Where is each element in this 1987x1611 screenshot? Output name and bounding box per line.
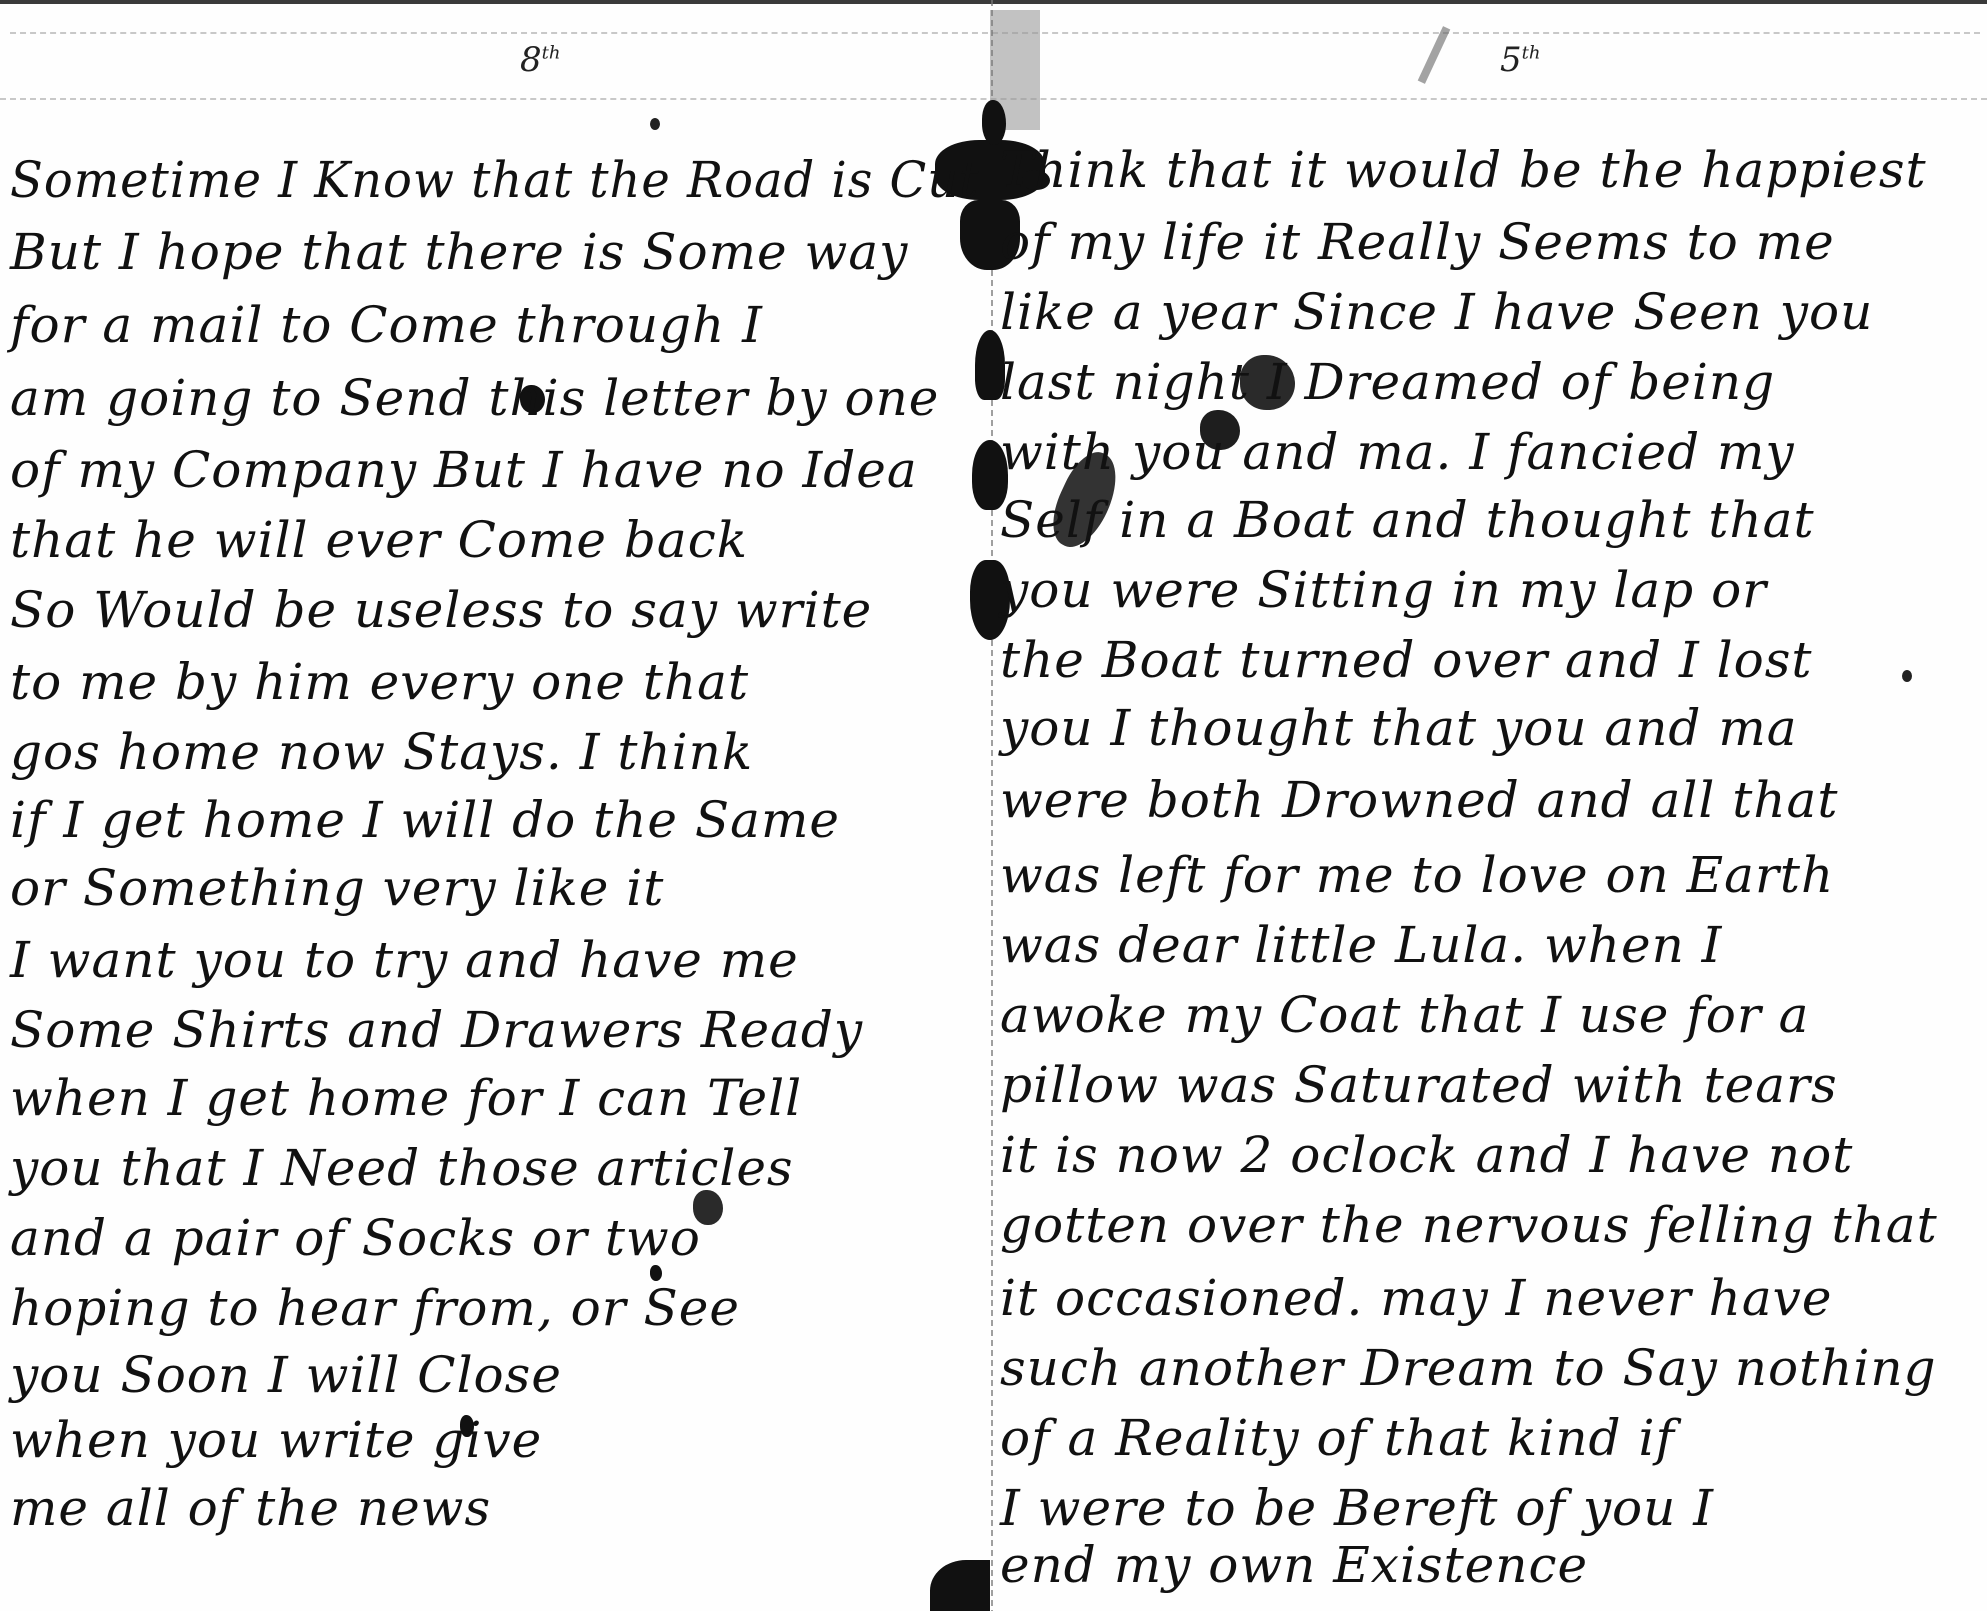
text-line: for a mail to Come through I [10,295,763,355]
text-line: it occasioned. may I never have [1000,1268,1833,1328]
letter-scan: 8th Sometime I Know that the Road is Cut… [0,0,1987,1611]
text-line: end my own Existence [1000,1535,1588,1595]
text-line: hoping to hear from, or See [10,1278,740,1338]
text-line: it is now 2 oclock and I have not [1000,1125,1853,1185]
text-line: pillow was Saturated with tears [1000,1055,1838,1115]
text-line: if I get home I will do the Same [10,790,840,850]
text-line: Some Shirts and Drawers Ready [10,1000,863,1060]
text-line: to me by him every one that [10,652,749,712]
text-line: you that I Need those articles [10,1138,794,1198]
text-line: gotten over the nervous felling that [1000,1195,1938,1255]
text-line: me all of the news [10,1478,491,1538]
text-line: Think that it would be the happiest [1000,140,1927,200]
page-number-suffix: th [1522,43,1541,64]
page-number: 5th [1500,40,1540,80]
text-line: of my Company But I have no Idea [10,440,918,500]
text-line: of a Reality of that kind if [1000,1408,1675,1468]
text-line: Self in a Boat and thought that [1000,490,1815,550]
text-line: you Soon I will Close [10,1345,562,1405]
text-line: like a year Since I have Seen you [1000,282,1873,342]
text-line: were both Drowned and all that [1000,770,1838,830]
text-line: you were Sitting in my lap or [1000,560,1767,620]
text-line: But I hope that there is Some way [10,222,908,282]
text-line: or Something very like it [10,858,664,918]
text-line: such another Dream to Say nothing [1000,1338,1937,1398]
text-line: that he will ever Come back [10,510,748,570]
text-line: I want you to try and have me [10,930,799,990]
right-page: 5th Think that it would be the happiest … [995,0,1987,1611]
text-line: was left for me to love on Earth [1000,845,1834,905]
page-number-value: 8 [520,40,542,80]
text-line: the Boat turned over and I lost [1000,630,1812,690]
text-line: with you and ma. I fancied my [1000,422,1795,482]
text-line: when you write give [10,1410,542,1470]
text-line: am going to Send this letter by one [10,368,939,428]
text-line: last night I Dreamed of being [1000,352,1775,412]
text-line: awoke my Coat that I use for a [1000,985,1810,1045]
text-line: and a pair of Socks or two [10,1208,701,1268]
text-line: Sometime I Know that the Road is Cut [10,150,979,210]
left-page: 8th Sometime I Know that the Road is Cut… [0,0,990,1611]
text-line: of my life it Really Seems to me [1000,212,1835,272]
text-line: I were to be Bereft of you I [1000,1478,1714,1538]
page-number: 8th [520,40,560,80]
text-line: you I thought that you and ma [1000,698,1798,758]
text-line: was dear little Lula. when I [1000,915,1722,975]
page-number-value: 5 [1500,40,1522,80]
text-line: gos home now Stays. I think [10,722,753,782]
page-number-suffix: th [542,43,561,64]
text-line: when I get home for I can Tell [10,1068,802,1128]
text-line: So Would be useless to say write [10,580,872,640]
